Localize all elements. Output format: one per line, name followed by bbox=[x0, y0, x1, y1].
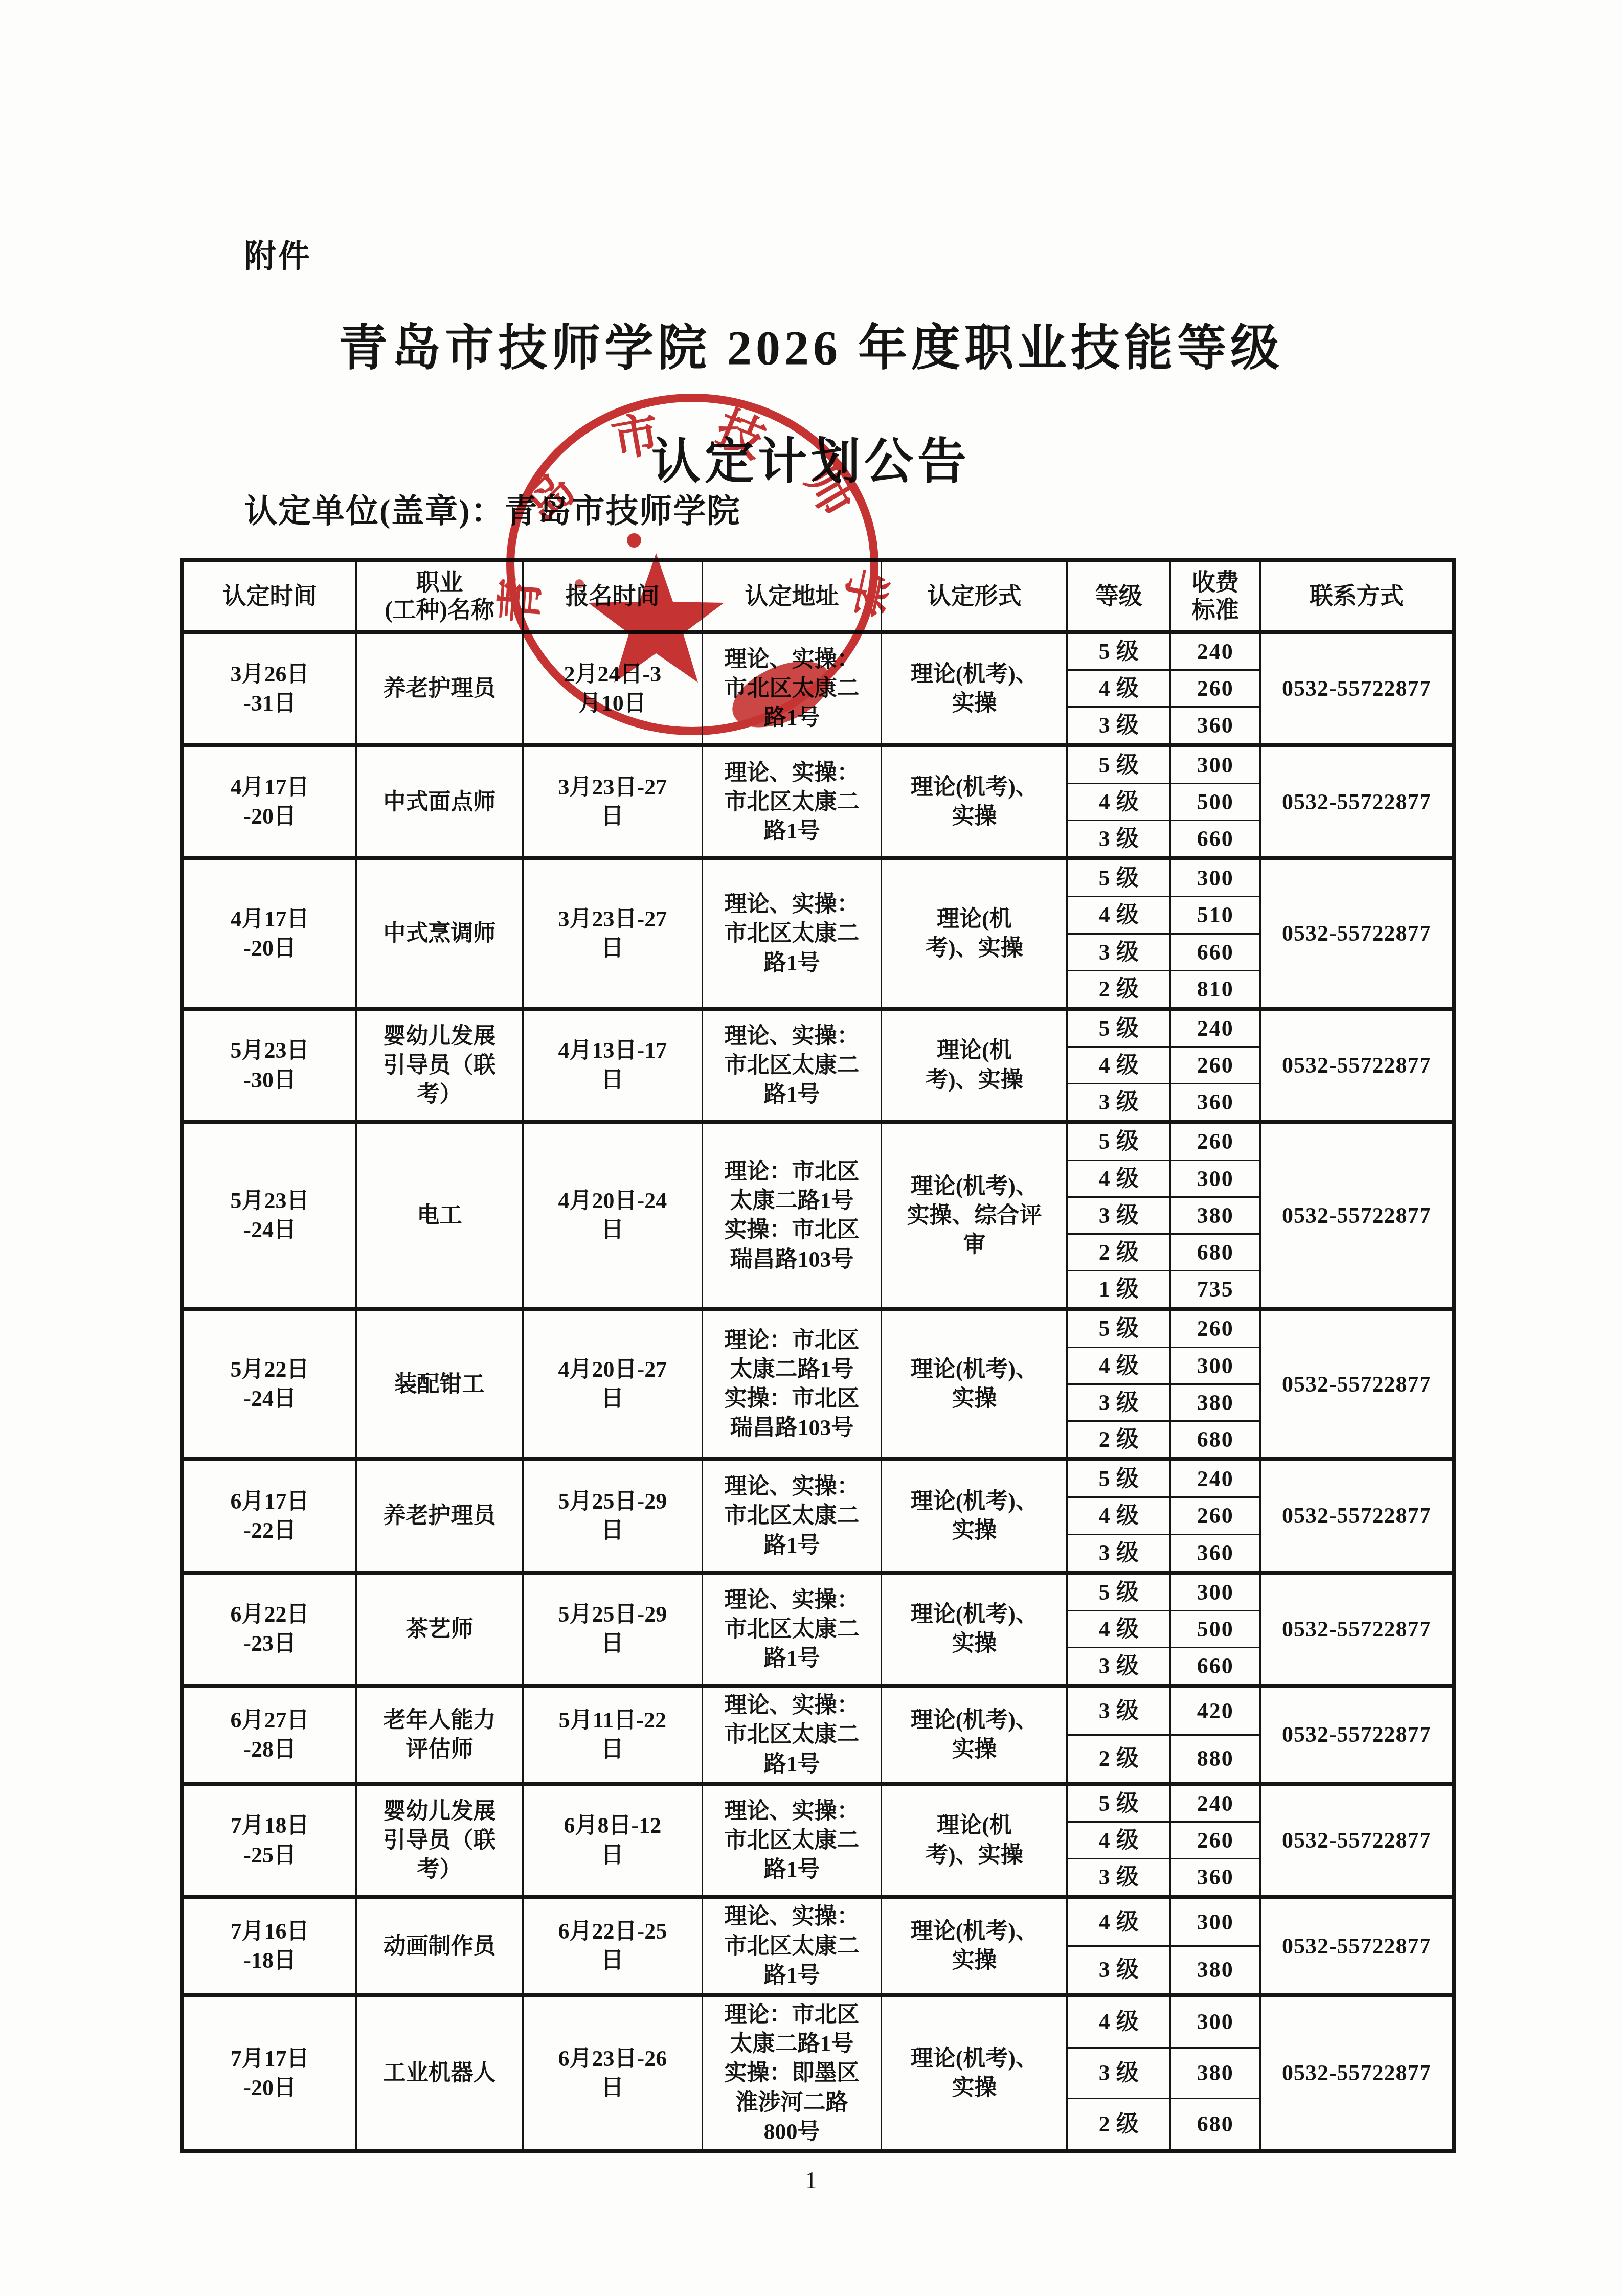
attachment-label: 附件 bbox=[244, 231, 312, 277]
table-row: 5月22日 -24日装配钳工4月20日-27 日理论：市北区 太康二路1号 实操… bbox=[182, 1309, 1454, 1347]
cell-address: 理论、实操： 市北区太康二 路1号 bbox=[702, 1459, 882, 1573]
cell-time: 5月23日 -24日 bbox=[182, 1122, 356, 1309]
cell-level: 2级 bbox=[1067, 1735, 1170, 1784]
cell-level: 2级 bbox=[1067, 1421, 1170, 1459]
cell-fee: 660 bbox=[1170, 934, 1260, 970]
cell-address: 理论、实操： 市北区太康二 路1号 bbox=[702, 1573, 882, 1686]
column-header: 等级 bbox=[1067, 560, 1170, 632]
cell-form: 理论(机考)、 实操 bbox=[882, 632, 1067, 745]
document-title-line2: 认定计划公告 bbox=[0, 422, 1622, 492]
cell-level: 4级 bbox=[1067, 1497, 1170, 1534]
cell-occupation: 工业机器人 bbox=[356, 1995, 523, 2151]
cell-contact: 0532-55722877 bbox=[1260, 1784, 1454, 1897]
cell-address: 理论、实操： 市北区太康二 路1号 bbox=[702, 632, 882, 745]
cell-contact: 0532-55722877 bbox=[1260, 1686, 1454, 1784]
cell-signup: 6月8日-12 日 bbox=[523, 1784, 703, 1897]
cell-level: 5级 bbox=[1067, 1573, 1170, 1611]
table-row: 5月23日 -24日电工4月20日-24 日理论：市北区 太康二路1号 实操：市… bbox=[182, 1122, 1454, 1160]
table-row: 7月18日 -25日婴幼儿发展 引导员（联 考）6月8日-12 日理论、实操： … bbox=[182, 1784, 1454, 1822]
cell-form: 理论(机考)、 实操 bbox=[882, 745, 1067, 859]
cell-time: 6月22日 -23日 bbox=[182, 1573, 356, 1686]
cell-level: 2级 bbox=[1067, 970, 1170, 1009]
cell-level: 5级 bbox=[1067, 1122, 1170, 1160]
cell-fee: 240 bbox=[1170, 1009, 1260, 1047]
cell-form: 理论(机 考)、实操 bbox=[882, 1784, 1067, 1897]
cell-signup: 4月20日-27 日 bbox=[523, 1309, 703, 1459]
column-header: 联系方式 bbox=[1260, 560, 1454, 632]
cell-occupation: 动画制作员 bbox=[356, 1897, 523, 1995]
cell-level: 4级 bbox=[1067, 1047, 1170, 1084]
cell-time: 5月23日 -30日 bbox=[182, 1009, 356, 1122]
cell-address: 理论：市北区 太康二路1号 实操：即墨区 淮涉河二路 800号 bbox=[702, 1995, 882, 2151]
cell-level: 3级 bbox=[1067, 1686, 1170, 1735]
cell-level: 4级 bbox=[1067, 670, 1170, 707]
cell-form: 理论(机考)、 实操 bbox=[882, 1995, 1067, 2151]
cell-time: 4月17日 -20日 bbox=[182, 745, 356, 859]
cell-occupation: 老年人能力 评估师 bbox=[356, 1686, 523, 1784]
table-row: 6月27日 -28日老年人能力 评估师5月11日-22 日理论、实操： 市北区太… bbox=[182, 1686, 1454, 1735]
cell-form: 理论(机考)、 实操 bbox=[882, 1686, 1067, 1784]
table-row: 7月17日 -20日工业机器人6月23日-26 日理论：市北区 太康二路1号 实… bbox=[182, 1995, 1454, 2048]
cell-occupation: 中式面点师 bbox=[356, 745, 523, 859]
cell-level: 5级 bbox=[1067, 745, 1170, 784]
cell-level: 4级 bbox=[1067, 1995, 1170, 2048]
cell-level: 5级 bbox=[1067, 1784, 1170, 1822]
cell-fee: 735 bbox=[1170, 1271, 1260, 1309]
ink-dot bbox=[627, 533, 641, 548]
cell-contact: 0532-55722877 bbox=[1260, 1459, 1454, 1573]
cell-level: 4级 bbox=[1067, 1822, 1170, 1859]
cell-signup: 5月11日-22 日 bbox=[523, 1686, 703, 1784]
cell-time: 7月18日 -25日 bbox=[182, 1784, 356, 1897]
cell-level: 3级 bbox=[1067, 1084, 1170, 1122]
cell-contact: 0532-55722877 bbox=[1260, 1009, 1454, 1122]
cell-time: 6月27日 -28日 bbox=[182, 1686, 356, 1784]
cell-fee: 380 bbox=[1170, 1946, 1260, 1995]
cell-address: 理论：市北区 太康二路1号 实操：市北区 瑞昌路103号 bbox=[702, 1309, 882, 1459]
certification-unit-line: 认定单位(盖章)：青岛市技师学院 bbox=[244, 485, 741, 532]
cell-signup: 3月23日-27 日 bbox=[523, 858, 703, 1009]
cell-fee: 260 bbox=[1170, 1822, 1260, 1859]
cell-fee: 300 bbox=[1170, 1347, 1260, 1384]
cell-level: 4级 bbox=[1067, 1160, 1170, 1197]
cell-signup: 4月20日-24 日 bbox=[523, 1122, 703, 1309]
cell-level: 3级 bbox=[1067, 1534, 1170, 1573]
table-row: 4月17日 -20日中式面点师3月23日-27 日理论、实操： 市北区太康二 路… bbox=[182, 745, 1454, 784]
cell-time: 3月26日 -31日 bbox=[182, 632, 356, 745]
cell-signup: 5月25日-29 日 bbox=[523, 1573, 703, 1686]
cell-level: 3级 bbox=[1067, 1859, 1170, 1897]
cell-address: 理论、实操： 市北区太康二 路1号 bbox=[702, 858, 882, 1009]
cell-level: 3级 bbox=[1067, 1946, 1170, 1995]
cell-time: 4月17日 -20日 bbox=[182, 858, 356, 1009]
cell-fee: 240 bbox=[1170, 1459, 1260, 1497]
cell-level: 5级 bbox=[1067, 632, 1170, 670]
cell-address: 理论：市北区 太康二路1号 实操：市北区 瑞昌路103号 bbox=[702, 1122, 882, 1309]
page-number: 1 bbox=[0, 2167, 1622, 2194]
cell-contact: 0532-55722877 bbox=[1260, 1309, 1454, 1459]
cell-fee: 260 bbox=[1170, 670, 1260, 707]
cell-fee: 300 bbox=[1170, 1573, 1260, 1611]
cell-level: 3级 bbox=[1067, 1648, 1170, 1686]
cell-form: 理论(机考)、 实操 bbox=[882, 1459, 1067, 1573]
cell-form: 理论(机考)、 实操 bbox=[882, 1309, 1067, 1459]
cell-fee: 810 bbox=[1170, 970, 1260, 1009]
plan-table: 认定时间职业 (工种)名称报名时间认定地址认定形式等级收费 标准联系方式3月26… bbox=[180, 558, 1456, 2153]
cell-fee: 260 bbox=[1170, 1122, 1260, 1160]
table-row: 6月17日 -22日养老护理员5月25日-29 日理论、实操： 市北区太康二 路… bbox=[182, 1459, 1454, 1497]
document-page: 附件 青岛市技师学院 2026 年度职业技能等级 认定计划公告 认定单位(盖章)… bbox=[0, 0, 1622, 2296]
cell-contact: 0532-55722877 bbox=[1260, 1995, 1454, 2151]
cell-fee: 500 bbox=[1170, 783, 1260, 820]
cell-level: 3级 bbox=[1067, 1384, 1170, 1421]
cell-form: 理论(机考)、 实操、综合评 审 bbox=[882, 1122, 1067, 1309]
cell-time: 6月17日 -22日 bbox=[182, 1459, 356, 1573]
cell-fee: 500 bbox=[1170, 1610, 1260, 1647]
cell-contact: 0532-55722877 bbox=[1260, 1122, 1454, 1309]
cell-fee: 360 bbox=[1170, 1859, 1260, 1897]
cell-signup: 6月22日-25 日 bbox=[523, 1897, 703, 1995]
cell-contact: 0532-55722877 bbox=[1260, 1573, 1454, 1686]
cell-level: 5级 bbox=[1067, 1309, 1170, 1347]
cell-fee: 300 bbox=[1170, 858, 1260, 897]
cell-level: 3级 bbox=[1067, 820, 1170, 858]
cell-occupation: 婴幼儿发展 引导员（联 考） bbox=[356, 1009, 523, 1122]
cell-fee: 660 bbox=[1170, 820, 1260, 858]
column-header: 认定形式 bbox=[882, 560, 1067, 632]
cell-fee: 880 bbox=[1170, 1735, 1260, 1784]
table-row: 6月22日 -23日茶艺师5月25日-29 日理论、实操： 市北区太康二 路1号… bbox=[182, 1573, 1454, 1611]
table-row: 7月16日 -18日动画制作员6月22日-25 日理论、实操： 市北区太康二 路… bbox=[182, 1897, 1454, 1946]
column-header: 报名时间 bbox=[523, 560, 703, 632]
cell-fee: 660 bbox=[1170, 1648, 1260, 1686]
cell-level: 2级 bbox=[1067, 1234, 1170, 1271]
cell-level: 3级 bbox=[1067, 1197, 1170, 1234]
cell-signup: 5月25日-29 日 bbox=[523, 1459, 703, 1573]
cell-fee: 300 bbox=[1170, 745, 1260, 784]
cell-level: 2级 bbox=[1067, 2099, 1170, 2151]
cell-address: 理论、实操： 市北区太康二 路1号 bbox=[702, 1686, 882, 1784]
cell-level: 3级 bbox=[1067, 2048, 1170, 2099]
cell-time: 7月16日 -18日 bbox=[182, 1897, 356, 1995]
cell-form: 理论(机 考)、实操 bbox=[882, 1009, 1067, 1122]
cell-signup: 4月13日-17 日 bbox=[523, 1009, 703, 1122]
cell-address: 理论、实操： 市北区太康二 路1号 bbox=[702, 1897, 882, 1995]
cell-fee: 420 bbox=[1170, 1686, 1260, 1735]
cell-form: 理论(机考)、 实操 bbox=[882, 1897, 1067, 1995]
document-title-line1: 青岛市技师学院 2026 年度职业技能等级 bbox=[0, 309, 1622, 379]
cell-level: 5级 bbox=[1067, 858, 1170, 897]
cell-fee: 680 bbox=[1170, 1421, 1260, 1459]
cell-fee: 260 bbox=[1170, 1047, 1260, 1084]
cell-occupation: 茶艺师 bbox=[356, 1573, 523, 1686]
table-row: 4月17日 -20日中式烹调师3月23日-27 日理论、实操： 市北区太康二 路… bbox=[182, 858, 1454, 897]
cell-fee: 380 bbox=[1170, 1197, 1260, 1234]
cell-contact: 0532-55722877 bbox=[1260, 632, 1454, 745]
cell-fee: 240 bbox=[1170, 1784, 1260, 1822]
cell-fee: 240 bbox=[1170, 632, 1260, 670]
cell-level: 3级 bbox=[1067, 934, 1170, 970]
cell-fee: 300 bbox=[1170, 1995, 1260, 2048]
cell-contact: 0532-55722877 bbox=[1260, 1897, 1454, 1995]
cell-fee: 510 bbox=[1170, 897, 1260, 934]
cell-occupation: 养老护理员 bbox=[356, 632, 523, 745]
cell-level: 3级 bbox=[1067, 707, 1170, 745]
cell-contact: 0532-55722877 bbox=[1260, 858, 1454, 1009]
cell-signup: 6月23日-26 日 bbox=[523, 1995, 703, 2151]
cell-level: 5级 bbox=[1067, 1459, 1170, 1497]
cell-fee: 360 bbox=[1170, 707, 1260, 745]
cell-fee: 300 bbox=[1170, 1897, 1260, 1946]
cell-signup: 2月24日-3 月10日 bbox=[523, 632, 703, 745]
table-row: 5月23日 -30日婴幼儿发展 引导员（联 考）4月13日-17 日理论、实操：… bbox=[182, 1009, 1454, 1047]
cell-fee: 680 bbox=[1170, 2099, 1260, 2151]
cell-time: 7月17日 -20日 bbox=[182, 1995, 356, 2151]
cell-occupation: 中式烹调师 bbox=[356, 858, 523, 1009]
cell-form: 理论(机考)、 实操 bbox=[882, 1573, 1067, 1686]
cell-occupation: 电工 bbox=[356, 1122, 523, 1309]
cell-level: 4级 bbox=[1067, 1897, 1170, 1946]
column-header: 收费 标准 bbox=[1170, 560, 1260, 632]
cell-fee: 360 bbox=[1170, 1084, 1260, 1122]
cell-level: 1级 bbox=[1067, 1271, 1170, 1309]
cell-occupation: 装配钳工 bbox=[356, 1309, 523, 1459]
cell-fee: 380 bbox=[1170, 2048, 1260, 2099]
cell-fee: 260 bbox=[1170, 1497, 1260, 1534]
cell-occupation: 婴幼儿发展 引导员（联 考） bbox=[356, 1784, 523, 1897]
cell-time: 5月22日 -24日 bbox=[182, 1309, 356, 1459]
cell-level: 4级 bbox=[1067, 1347, 1170, 1384]
cell-fee: 260 bbox=[1170, 1309, 1260, 1347]
column-header: 职业 (工种)名称 bbox=[356, 560, 523, 632]
cell-fee: 680 bbox=[1170, 1234, 1260, 1271]
cell-signup: 3月23日-27 日 bbox=[523, 745, 703, 859]
column-header: 认定地址 bbox=[702, 560, 882, 632]
cell-fee: 360 bbox=[1170, 1534, 1260, 1573]
cell-fee: 380 bbox=[1170, 1384, 1260, 1421]
cell-level: 5级 bbox=[1067, 1009, 1170, 1047]
cell-form: 理论(机 考)、实操 bbox=[882, 858, 1067, 1009]
cell-level: 4级 bbox=[1067, 897, 1170, 934]
table-row: 3月26日 -31日养老护理员2月24日-3 月10日理论、实操： 市北区太康二… bbox=[182, 632, 1454, 670]
cell-occupation: 养老护理员 bbox=[356, 1459, 523, 1573]
cell-contact: 0532-55722877 bbox=[1260, 745, 1454, 859]
cell-address: 理论、实操： 市北区太康二 路1号 bbox=[702, 1009, 882, 1122]
cell-level: 4级 bbox=[1067, 783, 1170, 820]
cell-fee: 300 bbox=[1170, 1160, 1260, 1197]
column-header: 认定时间 bbox=[182, 560, 356, 632]
cell-address: 理论、实操： 市北区太康二 路1号 bbox=[702, 1784, 882, 1897]
cell-level: 4级 bbox=[1067, 1610, 1170, 1647]
cell-address: 理论、实操： 市北区太康二 路1号 bbox=[702, 745, 882, 859]
